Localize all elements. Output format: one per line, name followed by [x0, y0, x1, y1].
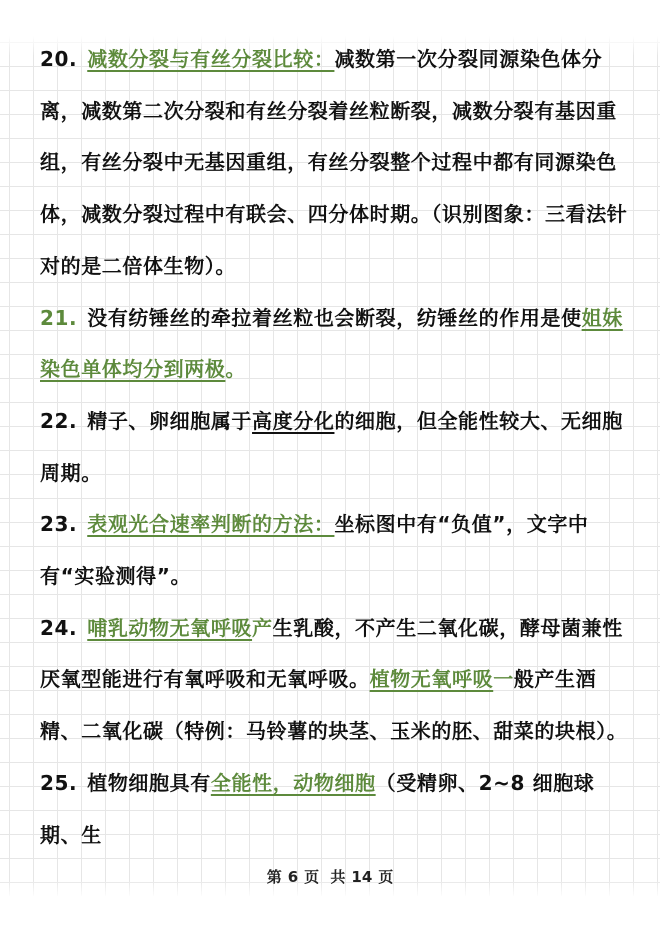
note-item-24: 24.哺乳动物无氧呼吸产生乳酸，不产生二氧化碳，酵母菌兼性厌氧型能进行有氧呼吸和…: [40, 603, 630, 758]
footer-middle: 页 共: [304, 868, 345, 886]
notes-content: 20.减数分裂与有丝分裂比较：减数第一次分裂同源染色体分离，减数第二次分裂和有丝…: [40, 34, 630, 861]
total-pages: 14: [351, 868, 372, 886]
page-footer: 第6页 共14页: [0, 866, 660, 887]
note-item-23: 23.表观光合速率判断的方法：坐标图中有“负值”，文字中有“实验测得”。: [40, 499, 630, 602]
green-text: 一: [493, 667, 514, 691]
note-item-20: 20.减数分裂与有丝分裂比较：减数第一次分裂同源染色体分离，减数第二次分裂和有丝…: [40, 34, 630, 293]
item-number: 24.: [40, 616, 77, 640]
footer-prefix: 第: [267, 868, 282, 886]
key-phrase: 哺乳动物无氧呼吸: [87, 616, 252, 640]
body-text: 减数第一次分裂同源染色体分离，减数第二次分裂和有丝分裂着丝粒断裂，减数分裂有基因…: [40, 47, 627, 278]
current-page-number: 6: [288, 868, 298, 886]
body-text: 植物细胞具有: [87, 771, 211, 795]
note-item-22: 22.精子、卵细胞属于高度分化的细胞，但全能性较大、无细胞周期。: [40, 396, 630, 499]
key-phrase: 表观光合速率判断的方法：: [87, 512, 334, 536]
punctuation: 。: [225, 357, 246, 381]
item-number: 22.: [40, 409, 77, 433]
key-phrase: 全能性，动物细胞: [211, 771, 376, 795]
key-phrase: 植物无氧呼吸: [370, 667, 494, 691]
body-text: 精子、卵细胞属于: [87, 409, 252, 433]
item-number: 20.: [40, 47, 77, 71]
green-text: 产: [252, 616, 273, 640]
note-item-21: 21.没有纺锤丝的牵拉着丝粒也会断裂，纺锤丝的作用是使姐妹染色单体均分到两极。: [40, 293, 630, 396]
item-number: 25.: [40, 771, 77, 795]
note-item-25: 25.植物细胞具有全能性，动物细胞（受精卵、2~8 细胞球期、生: [40, 758, 630, 861]
item-number: 21.: [40, 306, 77, 330]
key-phrase: 高度分化: [252, 409, 334, 433]
item-number: 23.: [40, 512, 77, 536]
body-text: 没有纺锤丝的牵拉着丝粒也会断裂，纺锤丝的作用是使: [87, 306, 581, 330]
key-phrase: 减数分裂与有丝分裂比较：: [87, 47, 334, 71]
footer-suffix: 页: [378, 868, 393, 886]
